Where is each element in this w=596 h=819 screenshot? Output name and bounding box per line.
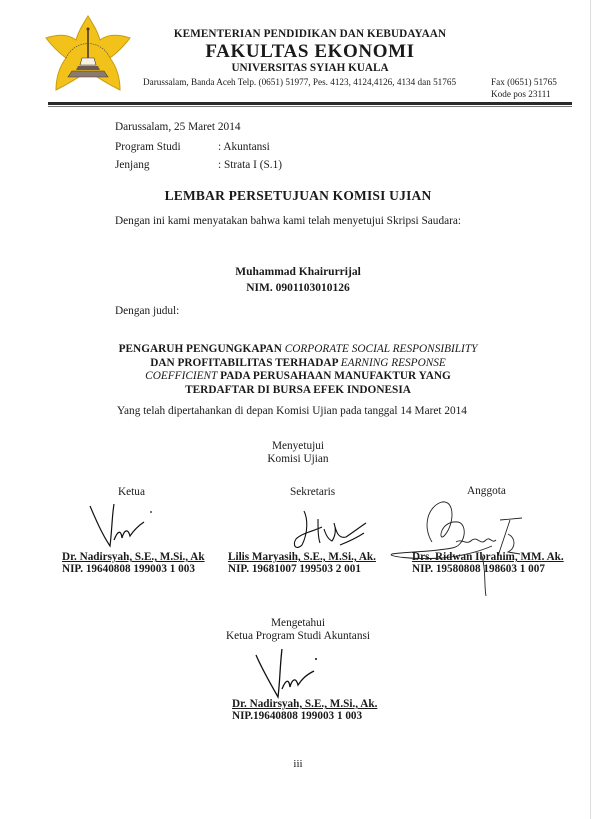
thesis-title: PENGARUH PENGUNGKAPAN CORPORATE SOCIAL R… bbox=[0, 343, 596, 397]
signatory-chair-name: Dr. Nadirsyah, S.E., M.Si., Ak bbox=[62, 551, 205, 563]
thesis-line2-a: DAN PROFITABILITAS TERHADAP bbox=[150, 357, 341, 369]
signatory-secretary-nip: NIP. 19681007 199503 2 001 bbox=[228, 563, 376, 575]
approval-line2: Komisi Ujian bbox=[0, 453, 596, 466]
program-label: Program Studi bbox=[115, 141, 181, 153]
level-value: : Strata I (S.1) bbox=[218, 159, 282, 171]
letter-date: Darussalam, 25 Maret 2014 bbox=[115, 121, 241, 133]
ministry-name: KEMENTERIAN PENDIDIKAN DAN KEBUDAYAAN bbox=[160, 28, 460, 40]
signatory-chair-nip: NIP. 19640808 199003 1 003 bbox=[62, 563, 205, 575]
signature-chair-icon bbox=[88, 500, 158, 550]
thesis-line3-a: COEFFICIENT bbox=[145, 370, 217, 382]
approval-line1: Menyetujui bbox=[0, 440, 596, 453]
thesis-line1-a: PENGARUH PENGUNGKAPAN bbox=[119, 343, 285, 355]
acknowledgement-line1: Mengetahui bbox=[0, 617, 596, 630]
student-nim: NIM. 0901103010126 bbox=[0, 280, 596, 296]
thesis-title-label: Dengan judul: bbox=[115, 305, 179, 317]
signature-head-icon bbox=[252, 645, 332, 701]
thesis-line4: TERDAFTAR DI BURSA EFEK INDONESIA bbox=[0, 384, 596, 398]
level-label: Jenjang bbox=[115, 159, 150, 171]
role-chair: Ketua bbox=[118, 486, 145, 498]
university-logo-icon bbox=[42, 14, 134, 94]
program-value: : Akuntansi bbox=[218, 141, 270, 153]
signatory-secretary-name: Lilis Maryasih, S.E., M.Si., Ak. bbox=[228, 551, 376, 563]
acknowledgement-line2: Ketua Program Studi Akuntansi bbox=[0, 630, 596, 643]
fax: Fax (0651) 51765 bbox=[491, 77, 557, 89]
acknowledgement-name: Dr. Nadirsyah, S.E., M.Si., Ak. bbox=[232, 698, 377, 710]
signatory-secretary: Lilis Maryasih, S.E., M.Si., Ak. NIP. 19… bbox=[228, 551, 376, 575]
signatory-chair: Dr. Nadirsyah, S.E., M.Si., Ak NIP. 1964… bbox=[62, 551, 205, 575]
faculty-name: FAKULTAS EKONOMI bbox=[160, 41, 460, 63]
signature-secretary-icon bbox=[290, 505, 370, 553]
student-name: Muhammad Khairurrijal bbox=[0, 264, 596, 280]
defense-statement: Yang telah dipertahankan di depan Komisi… bbox=[117, 405, 467, 417]
letterhead-divider bbox=[48, 102, 572, 105]
acknowledgement-signatory: Dr. Nadirsyah, S.E., M.Si., Ak. NIP.1964… bbox=[232, 698, 377, 722]
acknowledgement-nip: NIP.19640808 199003 1 003 bbox=[232, 710, 377, 722]
signatory-member-nip: NIP. 19580808 198603 1 007 bbox=[412, 563, 564, 575]
role-secretary: Sekretaris bbox=[290, 486, 335, 498]
page-edge bbox=[590, 0, 591, 819]
signatory-member: Drs. Ridwan Ibrahim, MM. Ak. NIP. 195808… bbox=[412, 551, 564, 575]
thesis-line1-b: CORPORATE SOCIAL RESPONSIBILITY bbox=[285, 343, 478, 355]
fax-block: Fax (0651) 51765 Kode pos 23111 bbox=[491, 77, 557, 100]
university-name: UNIVERSITAS SYIAH KUALA bbox=[160, 62, 460, 74]
student-block: Muhammad Khairurrijal NIM. 0901103010126 bbox=[0, 264, 596, 296]
acknowledgement-heading: Mengetahui Ketua Program Studi Akuntansi bbox=[0, 617, 596, 643]
thesis-line2-b: EARNING RESPONSE bbox=[341, 357, 446, 369]
postal-code: Kode pos 23111 bbox=[491, 89, 557, 101]
letterhead-divider-thin bbox=[48, 106, 572, 107]
intro-statement: Dengan ini kami menyatakan bahwa kami te… bbox=[115, 215, 461, 227]
document-title: LEMBAR PERSETUJUAN KOMISI UJIAN bbox=[0, 188, 596, 204]
signature-member-icon bbox=[382, 490, 542, 600]
signatory-member-name: Drs. Ridwan Ibrahim, MM. Ak. bbox=[412, 551, 564, 563]
page-number: iii bbox=[0, 758, 596, 770]
thesis-line3-b: PADA PERUSAHAAN MANUFAKTUR YANG bbox=[217, 370, 450, 382]
approval-heading: Menyetujui Komisi Ujian bbox=[0, 440, 596, 466]
address: Darussalam, Banda Aceh Telp. (0651) 5197… bbox=[143, 77, 456, 87]
